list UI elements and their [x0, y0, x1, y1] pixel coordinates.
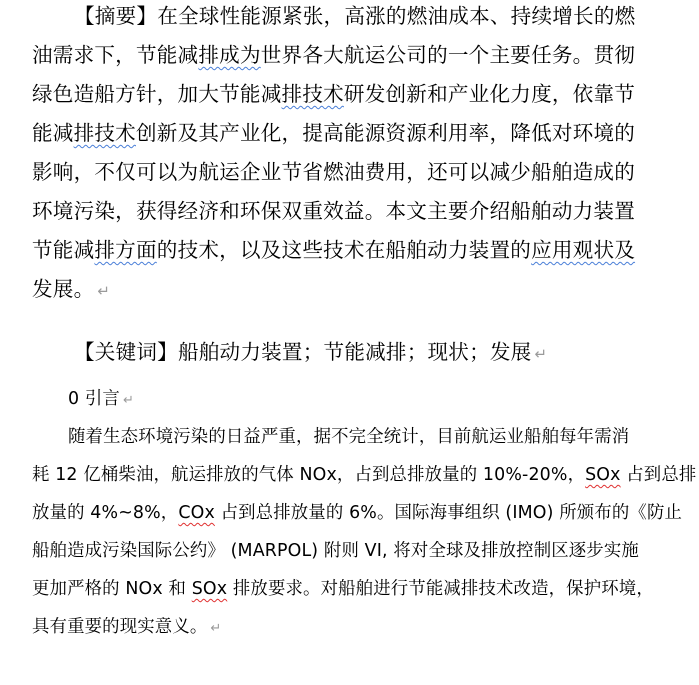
keywords-text: 船舶动力装置；节能减排；现状；发展 [178, 340, 532, 364]
text-run: 研发创新和产业化力度，依靠节 [344, 82, 635, 106]
abstract-line-5[interactable]: 影响，不仅可以为航运企业节省燃油费用，还可以减少船舶造成的 [32, 158, 635, 186]
text-run: 放量的 4%~8%， [32, 503, 178, 523]
text-run: 占到总排放量的 6%。国际海事组织 (IMO) 所颁布的《防止 [215, 503, 682, 523]
abstract-line-4[interactable]: 能减排技术创新及其产业化，提高能源资源利用率，降低对环境的 [32, 119, 635, 147]
grammar-flagged-text[interactable]: 排方面 [94, 238, 156, 262]
body-line-6[interactable]: 具有重要的现实意义。↵ [32, 614, 221, 642]
section-heading[interactable]: 0 引言↵ [68, 386, 134, 414]
text-run: 的技术，以及这些技术在船舶动力装置的 [157, 238, 531, 262]
text-run: 耗 12 亿桶柴油，航运排放的气体 NOx，占到总排放量的 10%-20%， [32, 465, 585, 485]
paragraph-mark-icon: ↵ [97, 282, 110, 300]
spelling-flagged-text[interactable]: COx [178, 503, 215, 523]
text-run: 随着生态环境污染的日益严重，据不完全统计，目前航运业船舶每年需消 [68, 427, 629, 447]
section-heading-text: 0 引言 [68, 389, 120, 409]
keywords-label: 【关键词】 [74, 340, 178, 364]
abstract-line-8[interactable]: 发展。↵ [32, 275, 110, 305]
abstract-label: 【摘要】 [74, 4, 157, 28]
text-run: 世界各大航运公司的一个主要任务。贯彻 [261, 43, 635, 67]
paragraph-mark-icon: ↵ [210, 621, 221, 636]
abstract-text: 在全球性能源紧张，高涨的燃油成本、持续增长的燃 [157, 4, 635, 28]
body-line-1[interactable]: 随着生态环境污染的日益严重，据不完全统计，目前航运业船舶每年需消 [68, 424, 629, 450]
body-line-2[interactable]: 耗 12 亿桶柴油，航运排放的气体 NOx，占到总排放量的 10%-20%，SO… [32, 462, 696, 488]
text-run: 排放要求。对船舶进行节能减排技术改造，保护环境， [227, 579, 654, 599]
paragraph-mark-icon: ↵ [534, 345, 547, 363]
text-run: 环境污染，获得经济和环保双重效益。本文主要介绍船舶动力装置 [32, 199, 635, 223]
text-run: 发展。 [32, 277, 94, 301]
text-run: 能减 [32, 121, 74, 145]
body-line-4[interactable]: 船舶造成污染国际公约》 (MARPOL) 附则 VI, 将对全球及排放控制区逐步… [32, 538, 639, 564]
abstract-line-7[interactable]: 节能减排方面的技术，以及这些技术在船舶动力装置的应用观状及 [32, 236, 635, 264]
text-run: 更加严格的 NOx 和 [32, 579, 192, 599]
grammar-flagged-text[interactable]: 排成为 [198, 43, 260, 67]
grammar-flagged-text[interactable]: 排技术 [282, 82, 344, 106]
spelling-flagged-text[interactable]: SOx [192, 579, 227, 599]
text-run: 占到总排 [621, 465, 697, 485]
body-line-3[interactable]: 放量的 4%~8%，COx 占到总排放量的 6%。国际海事组织 (IMO) 所颁… [32, 500, 682, 526]
text-run: 影响，不仅可以为航运企业节省燃油费用，还可以减少船舶造成的 [32, 160, 635, 184]
keywords-line[interactable]: 【关键词】船舶动力装置；节能减排；现状；发展↵ [74, 338, 547, 368]
abstract-line-6[interactable]: 环境污染，获得经济和环保双重效益。本文主要介绍船舶动力装置 [32, 197, 635, 225]
text-run: 绿色造船方针，加大节能减 [32, 82, 282, 106]
abstract-line-2[interactable]: 油需求下，节能减排成为世界各大航运公司的一个主要任务。贯彻 [32, 41, 635, 69]
document-page[interactable]: 【摘要】在全球性能源紧张，高涨的燃油成本、持续增长的燃 油需求下，节能减排成为世… [0, 0, 699, 685]
abstract-line-1[interactable]: 【摘要】在全球性能源紧张，高涨的燃油成本、持续增长的燃 [74, 2, 635, 30]
spelling-flagged-text[interactable]: SOx [585, 465, 620, 485]
grammar-flagged-text[interactable]: 排技术 [74, 121, 136, 145]
text-run: 油需求下，节能减 [32, 43, 198, 67]
paragraph-mark-icon: ↵ [123, 393, 134, 408]
grammar-flagged-text[interactable]: 应用观状及 [531, 238, 635, 262]
abstract-line-3[interactable]: 绿色造船方针，加大节能减排技术研发创新和产业化力度，依靠节 [32, 80, 635, 108]
body-line-5[interactable]: 更加严格的 NOx 和 SOx 排放要求。对船舶进行节能减排技术改造，保护环境， [32, 576, 654, 602]
text-run: 创新及其产业化，提高能源资源利用率，降低对环境的 [136, 121, 635, 145]
text-run: 节能减 [32, 238, 94, 262]
text-run: 船舶造成污染国际公约》 (MARPOL) 附则 VI, 将对全球及排放控制区逐步… [32, 541, 639, 561]
text-run: 具有重要的现实意义。 [32, 617, 207, 637]
